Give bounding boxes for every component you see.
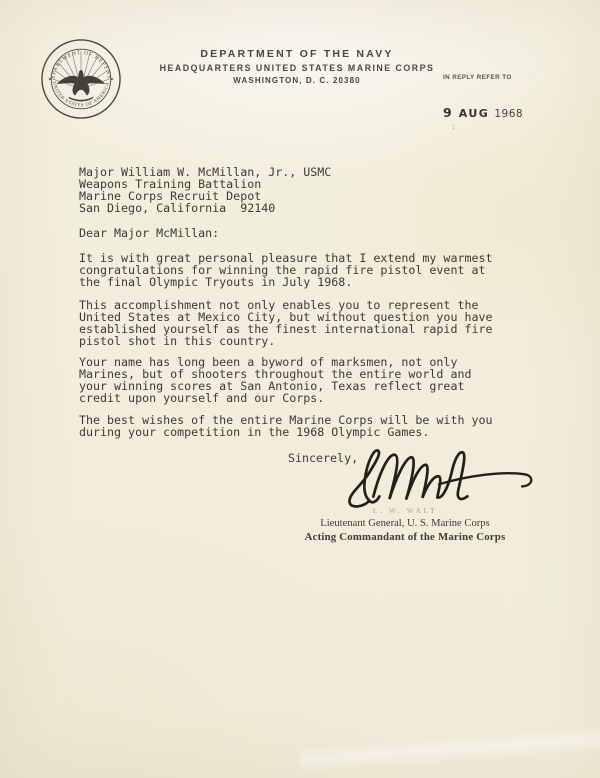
signer-title-line2: Acting Commandant of the Marine Corps xyxy=(280,531,530,545)
date-stamp-day: 9 xyxy=(443,105,452,120)
date-stamp: 9AUG1968 xyxy=(443,102,523,121)
signature-block: Lieutenant General, U. S. Marine Corps A… xyxy=(280,517,530,544)
letter-page: DEPARTMENT OF DEFENSE UNITED STATES OF A… xyxy=(0,0,600,778)
recipient-address-block: Major William W. McMillan, Jr., USMC Wea… xyxy=(79,166,331,215)
letterhead-city-line: WASHINGTON, D. C. 20380 xyxy=(140,76,454,85)
letterhead-headquarters: HEADQUARTERS UNITED STATES MARINE CORPS xyxy=(140,63,454,73)
letterhead-department: DEPARTMENT OF THE NAVY xyxy=(140,48,454,60)
faint-typed-name: L. W. WALT xyxy=(280,506,530,515)
letterhead: DEPARTMENT OF THE NAVY HEADQUARTERS UNIT… xyxy=(140,48,454,85)
date-stamp-month: AUG xyxy=(459,107,490,120)
paper-streak xyxy=(300,723,600,773)
date-stamp-artifact: : xyxy=(451,122,456,131)
body-paragraph-2: This accomplishment not only enables you… xyxy=(79,300,493,348)
date-stamp-year: 1968 xyxy=(494,108,523,120)
body-paragraph-3: Your name has long been a byword of mark… xyxy=(79,357,471,405)
in-reply-refer-label: IN REPLY REFER TO xyxy=(443,74,512,81)
signer-title-line1: Lieutenant General, U. S. Marine Corps xyxy=(280,517,530,531)
salutation: Dear Major McMillan: xyxy=(79,227,219,239)
department-of-defense-seal-icon: DEPARTMENT OF DEFENSE UNITED STATES OF A… xyxy=(40,38,122,120)
body-paragraph-1: It is with great personal pleasure that … xyxy=(79,253,493,289)
svg-text:DEPARTMENT OF DEFENSE: DEPARTMENT OF DEFENSE xyxy=(40,38,112,80)
seal-top-text: DEPARTMENT OF DEFENSE xyxy=(40,38,112,80)
body-paragraph-4: The best wishes of the entire Marine Cor… xyxy=(79,415,493,439)
